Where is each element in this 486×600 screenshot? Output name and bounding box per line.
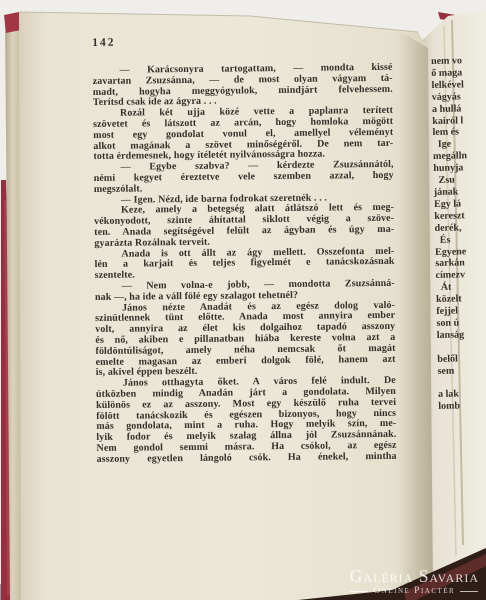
red-cover-top-left [4, 12, 21, 33]
watermark-subtitle: Online Piactér [373, 586, 455, 596]
page-body: 142 — Karácsonyra tartogattam, — mondta … [92, 34, 396, 466]
page-number: 142 [92, 34, 392, 50]
watermark: Galéria Savaria Online Piactér [350, 567, 479, 596]
gutter-shadow [398, 30, 433, 600]
page-text: — Karácsonyra tartogattam, — mondta kiss… [93, 63, 397, 466]
right-page-edge-text: nem vo ő maga lelkével vágyás a hullá ka… [431, 55, 486, 413]
book-photo: 142 — Karácsonyra tartogattam, — mondta … [0, 0, 486, 600]
watermark-subtitle-row: Online Piactér [350, 586, 479, 596]
watermark-rule-left [350, 591, 368, 592]
watermark-title: Galéria Savaria [350, 567, 479, 585]
watermark-rule-right [460, 591, 478, 592]
